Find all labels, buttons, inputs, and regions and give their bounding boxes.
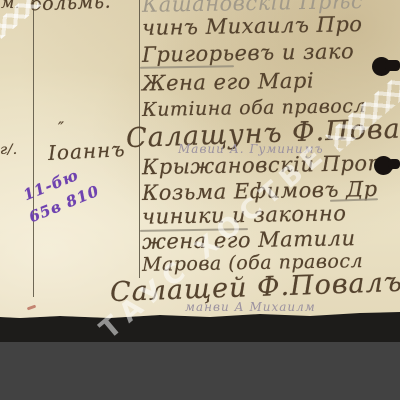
manuscript-line: Жена его Марі [142, 69, 314, 96]
pencil-marginal-note: манви А Михаилм [185, 300, 316, 314]
baptismal-name: Іоаннъ [47, 137, 126, 165]
scanned-document-page: м. больмь. г/. ″ Іоаннъ 11-бю 65в 810 Ка… [0, 0, 400, 400]
manuscript-line: чинъ Михаилъ Про [142, 12, 363, 40]
ditto-mark: ″ [58, 118, 64, 137]
table-rule-left [33, 0, 34, 297]
margin-number-mark: г/. [0, 142, 18, 158]
manuscript-line: Григорьевъ и зако [142, 39, 355, 67]
punch-hole-stem [388, 159, 400, 169]
